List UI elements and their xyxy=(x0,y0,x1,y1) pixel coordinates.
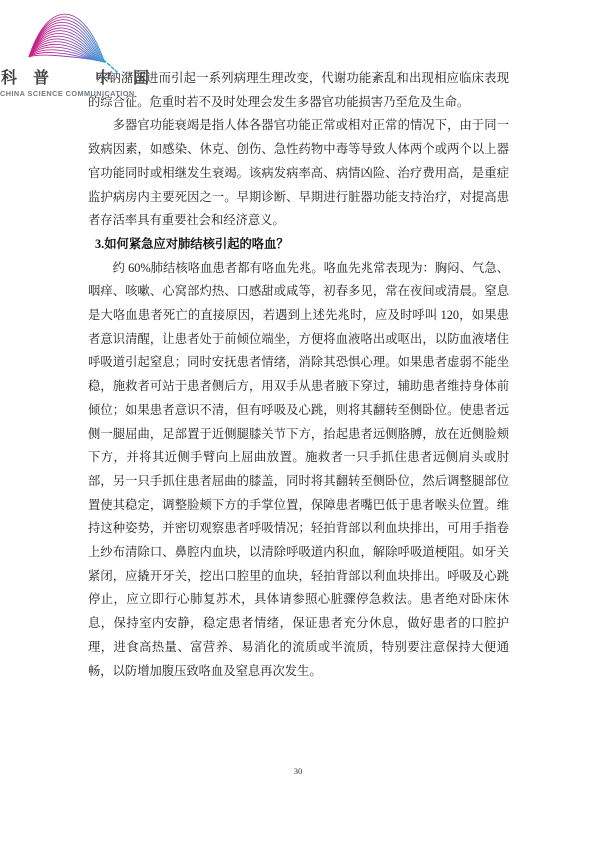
logo-cn-char: 国 xyxy=(133,70,149,87)
document-page: 科 普 中 国 CHINA SCIENCE COMMUNICATION 水钠潴留… xyxy=(0,0,596,842)
logo-cn-char: 普 xyxy=(33,70,49,87)
paragraph-multi-organ-failure: 多器官功能衰竭是指人体各器官功能正常或相对正常的情况下，由于同一致病因素，如感染… xyxy=(88,114,509,233)
logo-en-text: CHINA SCIENCE COMMUNICATION xyxy=(0,89,135,98)
paragraph-hemoptysis-first-aid: 约 60%肺结核咯血患者都有咯血先兆。咯血先兆常表现为：胸闷、气急、咽痒、咳嗽、… xyxy=(88,257,509,684)
section-heading: 3.如何紧急应对肺结核引起的咯血？ xyxy=(88,233,509,257)
page-number: 30 xyxy=(0,766,596,776)
logo-china-science-communication: 科 普 中 国 CHINA SCIENCE COMMUNICATION xyxy=(0,0,190,100)
logo-wave-icon xyxy=(25,2,125,74)
body-text: 水钠潴留进而引起一系列病理生理改变，代谢功能紊乱和出现相应临床表现的综合征。危重… xyxy=(88,67,509,683)
logo-cn-char: 中 xyxy=(95,70,111,87)
logo-cn-char: 科 xyxy=(1,70,17,87)
